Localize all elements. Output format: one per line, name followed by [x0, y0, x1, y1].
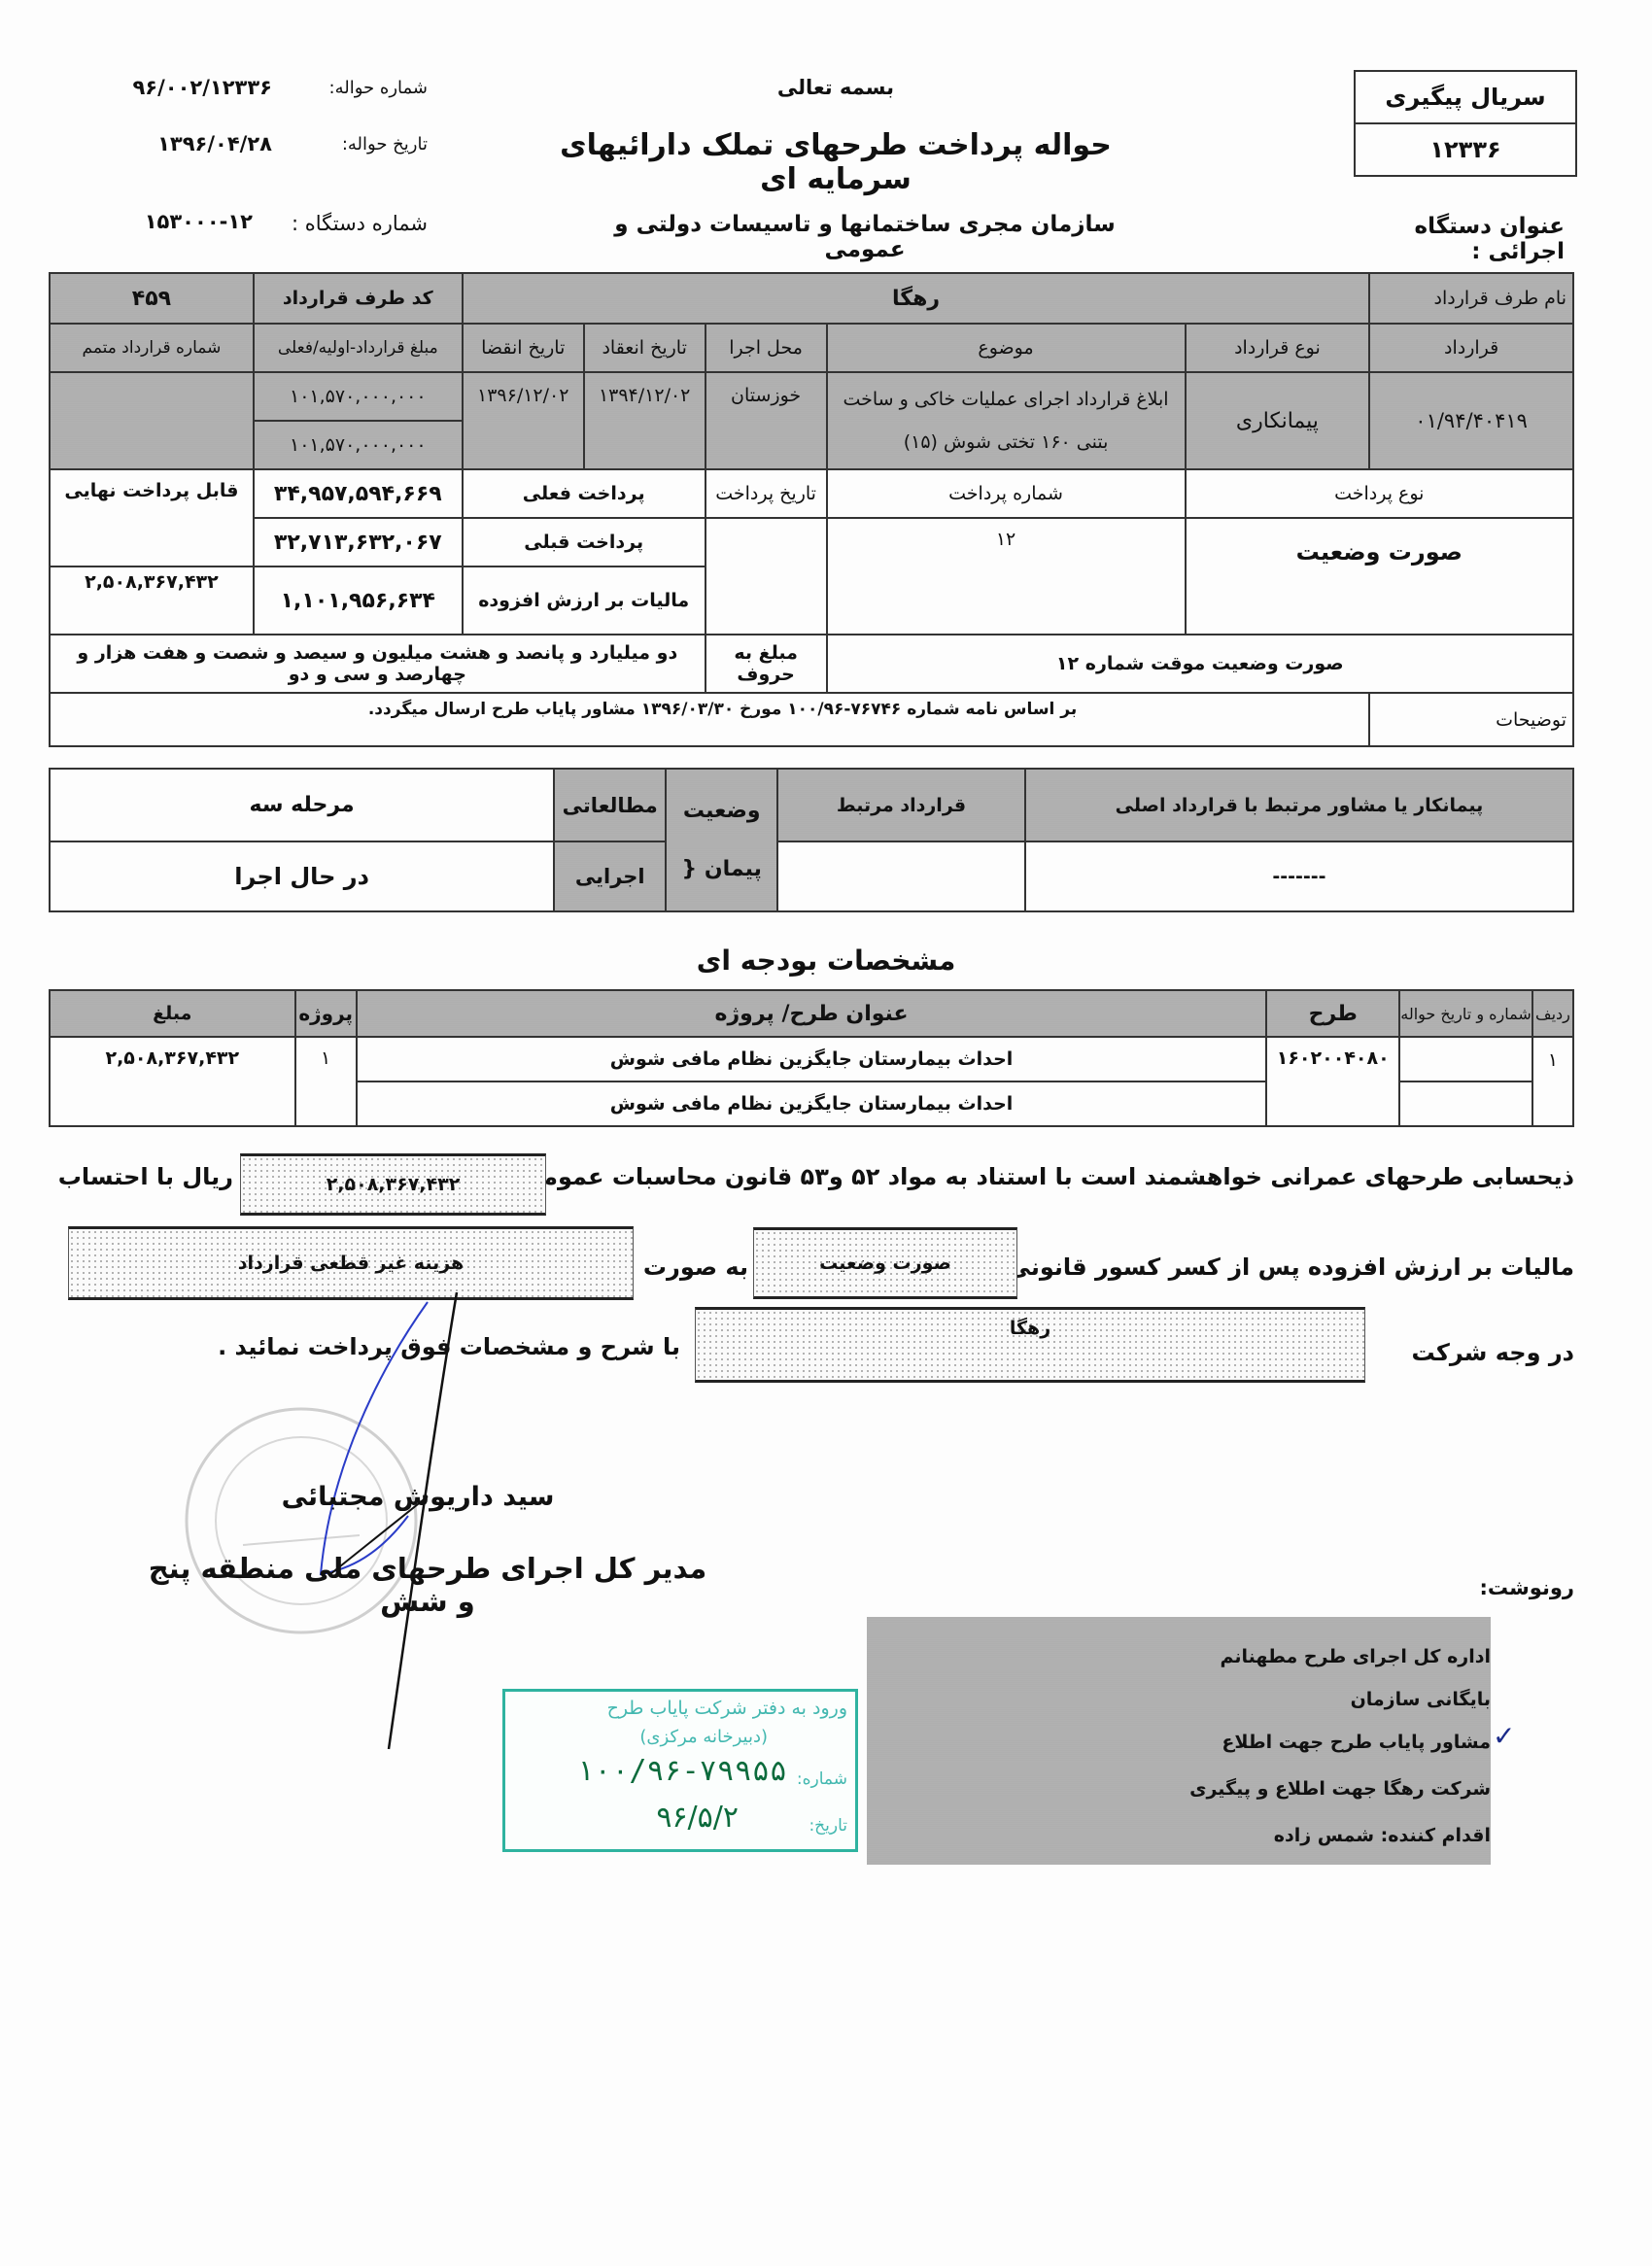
amount-initial: ۱۰۱,۵۷۰,۰۰۰,۰۰۰: [254, 372, 463, 421]
signatory-name: سید داریوش مجتبائی: [243, 1482, 593, 1512]
related-contract-label: قرارداد مرتبط: [777, 769, 1025, 841]
status-sub: پیمان {: [672, 841, 771, 899]
stamp-date-label: تاریخ:: [809, 1816, 847, 1836]
contract-number: ۰۱/۹۴/۴۰۴۱۹: [1369, 372, 1573, 469]
study-label: مطالعاتی: [554, 769, 666, 841]
vat-value: ۱,۱۰۱,۹۵۶,۶۳۴: [254, 566, 463, 635]
budget-row-title-2: احداث بیمارستان جایگزین نظام مافی شوش: [357, 1081, 1267, 1126]
budget-row: ۱ ۱۶۰۲۰۰۴۰۸۰ احداث بیمارستان جایگزین نظا…: [50, 1037, 1573, 1081]
instruction-line-1: ذیحسابی طرحهای عمرانی خواهشمند است با اس…: [602, 1163, 1574, 1190]
party-name: رهگا: [463, 273, 1370, 324]
tracking-serial-box: سریال پیگیری ۱۲۳۳۶: [1354, 70, 1577, 177]
budget-row-project: ۱: [295, 1037, 357, 1126]
payment-type-value: صورت وضعیت: [1186, 518, 1573, 635]
havaleh-number-label: شماره حواله:: [292, 78, 428, 98]
col-sign-date: تاریخ انعقاد: [584, 324, 706, 372]
col-contract-type: نوع قرارداد: [1186, 324, 1370, 372]
cc-label: رونوشت:: [1438, 1576, 1574, 1599]
signatory-title: مدیر کل اجرای طرحهای ملی منطقه پنج و شش: [136, 1552, 719, 1618]
payment-basis-field: صورت وضعیت: [753, 1227, 1017, 1299]
budget-col-project: پروژه: [295, 990, 357, 1037]
contract-sign-date: ۱۳۹۴/۱۲/۰۲: [584, 372, 706, 469]
cc-item: مشاور پایاب طرح جهت اطلاع: [972, 1732, 1491, 1753]
col-contract: قرارداد: [1369, 324, 1573, 372]
current-payment-value: ۳۴,۹۵۷,۵۹۴,۶۶۹: [254, 469, 463, 518]
cost-type-field: هزینه غیر قطعی قرارداد: [68, 1226, 634, 1300]
amount-current: ۱۰۱,۵۷۰,۰۰۰,۰۰۰: [254, 421, 463, 469]
basmala: بسمه تعالی: [739, 76, 933, 99]
budget-title: مشخصات بودجه ای: [583, 944, 1069, 977]
budget-col-havaleh: شماره و تاریخ حواله: [1399, 990, 1532, 1037]
agency-value: سازمان مجری ساختمانها و تاسیسات دولتی و …: [602, 212, 1127, 262]
cc-item: اقدام کننده: شمس زاده: [972, 1825, 1491, 1846]
serial-value: ۱۲۳۳۶: [1356, 124, 1575, 175]
payment-description: صورت وضعیت موقت شماره ۱۲: [827, 635, 1573, 693]
budget-col-plan: طرح: [1266, 990, 1399, 1037]
stamp-date-value: ۹۶/۵/۲: [656, 1801, 739, 1835]
company-field: رهگا: [695, 1307, 1365, 1383]
col-amount: مبلغ قرارداد-اولیه/فعلی: [254, 324, 463, 372]
havaleh-date: ۱۳۹۶/۰۴/۲۸: [78, 132, 272, 155]
amount-in-words: دو میلیارد و پانصد و هشت میلیون و سیصد و…: [50, 635, 706, 693]
budget-col-row: ردیف: [1532, 990, 1573, 1037]
related-contract-table: پیمانکار یا مشاور مرتبط با قرارداد اصلی …: [49, 768, 1574, 912]
stamp-line-2: (دبیرخانه مرکزی): [639, 1727, 768, 1747]
cc-item: اداره کل اجرای طرح مطهنانم: [972, 1646, 1491, 1667]
amount-in-words-label: مبلغ به حروف: [706, 635, 827, 693]
instruction-line-3: در وجه شرکت: [1380, 1339, 1574, 1366]
previous-payment-label: پرداخت قبلی: [463, 518, 706, 566]
exec-label: اجرایی: [554, 841, 666, 911]
final-payable-value: ۲,۵۰۸,۳۶۷,۴۳۲: [50, 566, 254, 635]
amount-field: ۲,۵۰۸,۳۶۷,۴۳۲: [240, 1153, 546, 1216]
contract-subject: ابلاغ قرارداد اجرای عملیات خاکی و ساخت ب…: [827, 372, 1186, 469]
havaleh-date-label: تاریخ حواله:: [292, 134, 428, 154]
received-stamp: ورود به دفتر شرکت پایاب طرح (دبیرخانه مر…: [502, 1689, 858, 1852]
contract-type: پیمانکاری: [1186, 372, 1370, 469]
stamp-line-1: ورود به دفتر شرکت پایاب طرح: [607, 1698, 847, 1719]
payment-date-label: تاریخ پرداخت: [706, 469, 827, 518]
contract-expiry-date: ۱۳۹۶/۱۲/۰۲: [463, 372, 584, 469]
budget-row-title-1: احداث بیمارستان جایگزین نظام مافی شوش: [357, 1037, 1267, 1081]
budget-row-havaleh-2: [1399, 1081, 1532, 1126]
supplement-number: [50, 372, 254, 469]
vat-label: مالیات بر ارزش افزوده: [463, 566, 706, 635]
status-cell: وضعیت پیمان {: [666, 769, 777, 911]
party-name-label: نام طرف قرارداد: [1369, 273, 1573, 324]
col-subject: موضوع: [827, 324, 1186, 372]
cc-item: شرکت رهگا جهت اطلاع و پیگیری: [972, 1778, 1491, 1800]
payment-type-label: نوع پرداخت: [1186, 469, 1573, 518]
payment-number-label: شماره پرداخت: [827, 469, 1186, 518]
device-number: ۱۵۳۰۰۰-۱۲: [78, 210, 253, 233]
stamp-number-label: شماره:: [797, 1769, 847, 1789]
notes-value: بر اساس نامه شماره ۷۶۷۴۶-۱۰۰/۹۶ مورخ ۱۳۹…: [50, 693, 1369, 746]
instruction-line-1-suffix: ریال با احتساب: [58, 1163, 233, 1190]
check-mark-icon: ✓: [1493, 1720, 1515, 1752]
payment-number-value: ۱۲: [827, 518, 1186, 635]
havaleh-number: ۹۶/۰۰۲/۱۲۳۳۶: [78, 76, 272, 99]
budget-row-havaleh: [1399, 1037, 1532, 1081]
budget-row-amount: ۲,۵۰۸,۳۶۷,۴۳۲: [50, 1037, 295, 1126]
contractor-value: -------: [1025, 841, 1573, 911]
budget-col-amount: مبلغ: [50, 990, 295, 1037]
cc-item: بایگانی سازمان: [972, 1689, 1491, 1710]
subject-line-2: بتنی ۱۶۰ تختی شوش (۱۵): [834, 421, 1179, 463]
party-code: ۴۵۹: [50, 273, 254, 324]
party-code-label: کد طرف قرارداد: [254, 273, 463, 324]
col-supplement: شماره قرارداد متمم: [50, 324, 254, 372]
current-payment-label: پرداخت فعلی: [463, 469, 706, 518]
budget-row-number: ۱: [1532, 1037, 1573, 1126]
subject-line-1: ابلاغ قرارداد اجرای عملیات خاکی و ساخت: [834, 378, 1179, 421]
contract-location: خوزستان: [706, 372, 827, 469]
payment-date-value: [706, 518, 827, 635]
page-title: حواله پرداخت طرحهای تملک دارائیهای سرمای…: [505, 128, 1166, 196]
instruction-line-2-mid: به صورت: [641, 1253, 748, 1281]
contract-table: نام طرف قرارداد رهگا کد طرف قرارداد ۴۵۹ …: [49, 272, 1574, 747]
col-expiry-date: تاریخ انقضا: [463, 324, 584, 372]
notes-label: توضیحات: [1369, 693, 1573, 746]
phase-value: در حال اجرا: [50, 841, 554, 911]
signature-icon: [292, 1292, 486, 1759]
budget-table: ردیف شماره و تاریخ حواله طرح عنوان طرح/ …: [49, 989, 1574, 1127]
contractor-label: پیمانکار یا مشاور مرتبط با قرارداد اصلی: [1025, 769, 1573, 841]
budget-col-title: عنوان طرح/ پروژه: [357, 990, 1267, 1037]
phase-label: مرحله سه: [50, 769, 554, 841]
stamp-number-value: ۱۰۰/۹۶-۷۹۹۵۵: [576, 1754, 787, 1788]
instruction-line-2: مالیات بر ارزش افزوده پس از کسر کسور قان…: [1030, 1253, 1574, 1281]
related-contract-value: [777, 841, 1025, 911]
agency-label: عنوان دستگاه اجرائی :: [1341, 214, 1565, 264]
budget-row-plan: ۱۶۰۲۰۰۴۰۸۰: [1266, 1037, 1399, 1126]
status-label: وضعیت: [672, 782, 771, 841]
device-number-label: شماره دستگاه :: [272, 212, 428, 235]
serial-label: سریال پیگیری: [1356, 72, 1575, 124]
col-location: محل اجرا: [706, 324, 827, 372]
final-payable-label: قابل پرداخت نهایی: [50, 469, 254, 566]
previous-payment-value: ۳۲,۷۱۳,۶۳۲,۰۶۷: [254, 518, 463, 566]
